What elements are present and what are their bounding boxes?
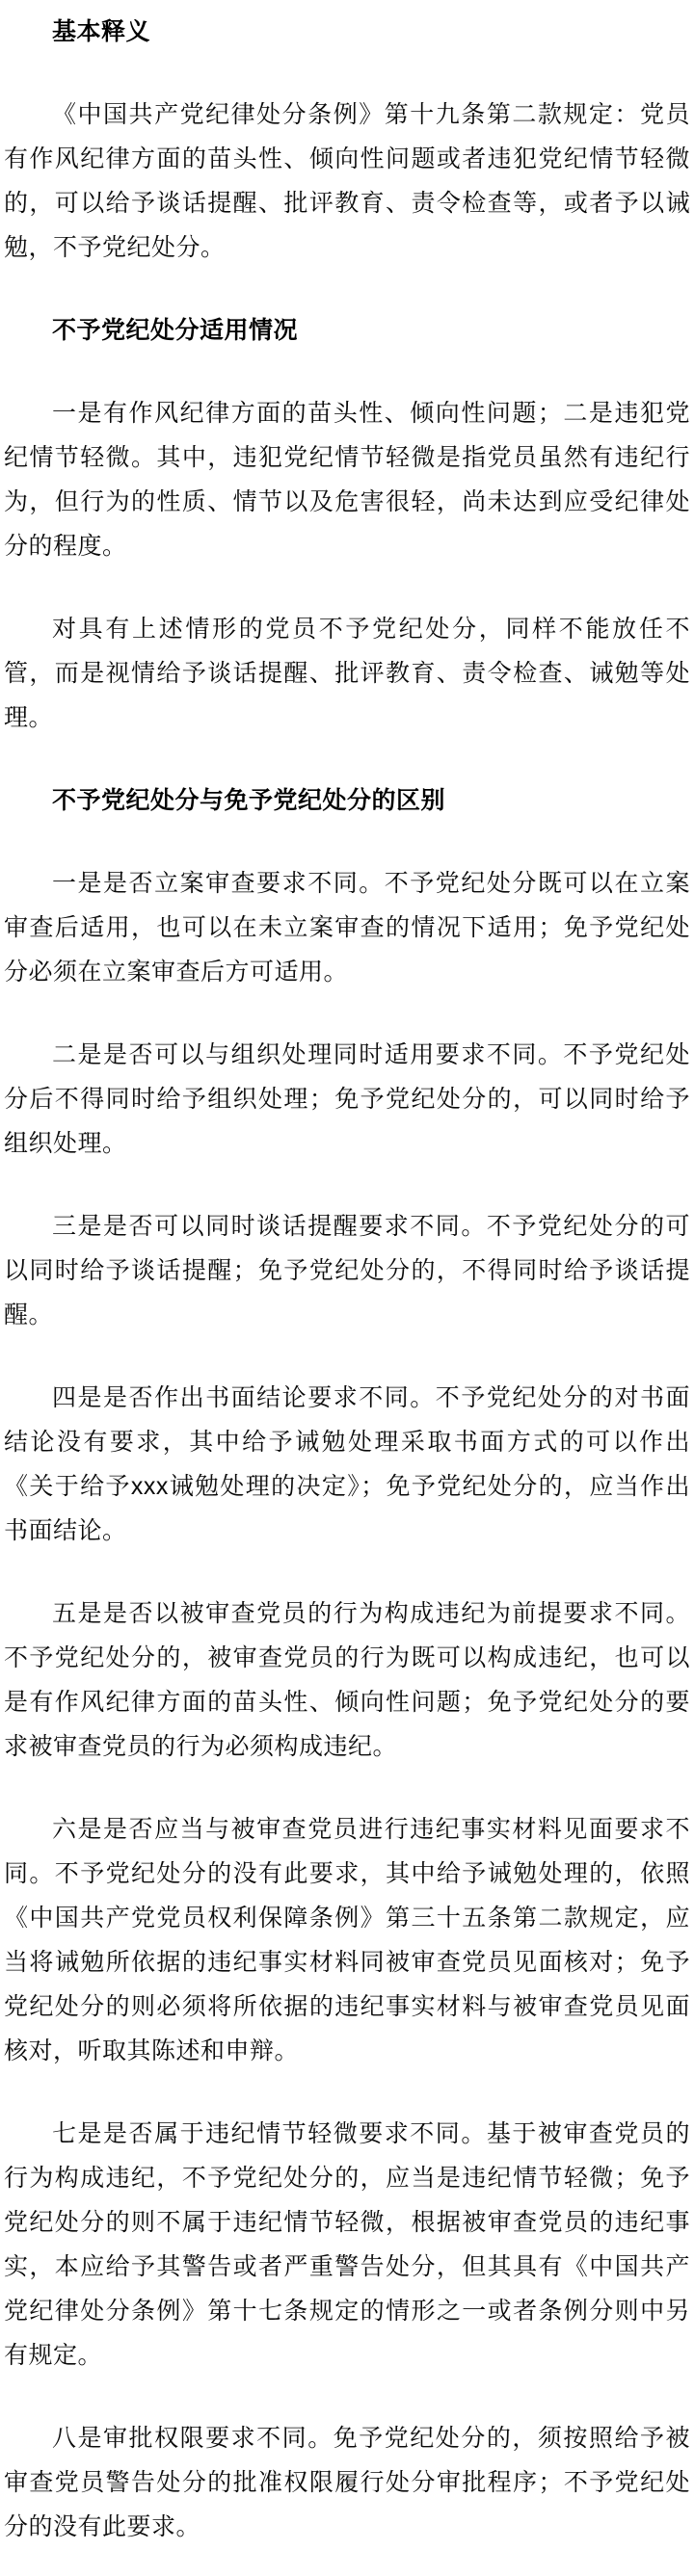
paragraph: 三是是否可以同时谈话提醒要求不同。不予党纪处分的可以同时给予谈话提醒；免予党纪处… [4, 1204, 690, 1337]
paragraph: 对具有上述情形的党员不予党纪处分，同样不能放任不管，而是视情给予谈话提醒、批评教… [4, 607, 690, 740]
paragraph: 《中国共产党纪律处分条例》第十九条第二款规定：党员有作风纪律方面的苗头性、倾向性… [4, 92, 690, 270]
paragraph: 四是是否作出书面结论要求不同。不予党纪处分的对书面结论没有要求，其中给予诫勉处理… [4, 1376, 690, 1553]
article: 基本释义 《中国共产党纪律处分条例》第十九条第二款规定：党员有作风纪律方面的苗头… [0, 0, 694, 2576]
paragraph: 八是审批权限要求不同。免予党纪处分的，须按照给予被审查党员警告处分的批准权限履行… [4, 2416, 690, 2549]
paragraph: 七是是否属于违纪情节轻微要求不同。基于被审查党员的行为构成违纪，不予党纪处分的，… [4, 2112, 690, 2378]
paragraph: 二是是否可以与组织处理同时适用要求不同。不予党纪处分后不得同时给予组织处理；免予… [4, 1033, 690, 1166]
paragraph: 一是有作风纪律方面的苗头性、倾向性问题；二是违犯党纪情节轻微。其中，违犯党纪情节… [4, 391, 690, 568]
paragraph: 六是是否应当与被审查党员进行违纪事实材料见面要求不同。不予党纪处分的没有此要求，… [4, 1807, 690, 2073]
paragraph: 一是是否立案审查要求不同。不予党纪处分既可以在立案审查后适用，也可以在未立案审查… [4, 861, 690, 994]
section-heading-basic-definition: 基本释义 [4, 10, 690, 54]
section-heading-applicable-situations: 不予党纪处分适用情况 [4, 308, 690, 353]
section-heading-differences: 不予党纪处分与免予党纪处分的区别 [4, 778, 690, 823]
paragraph: 五是是否以被审查党员的行为构成违纪为前提要求不同。不予党纪处分的，被审查党员的行… [4, 1591, 690, 1769]
